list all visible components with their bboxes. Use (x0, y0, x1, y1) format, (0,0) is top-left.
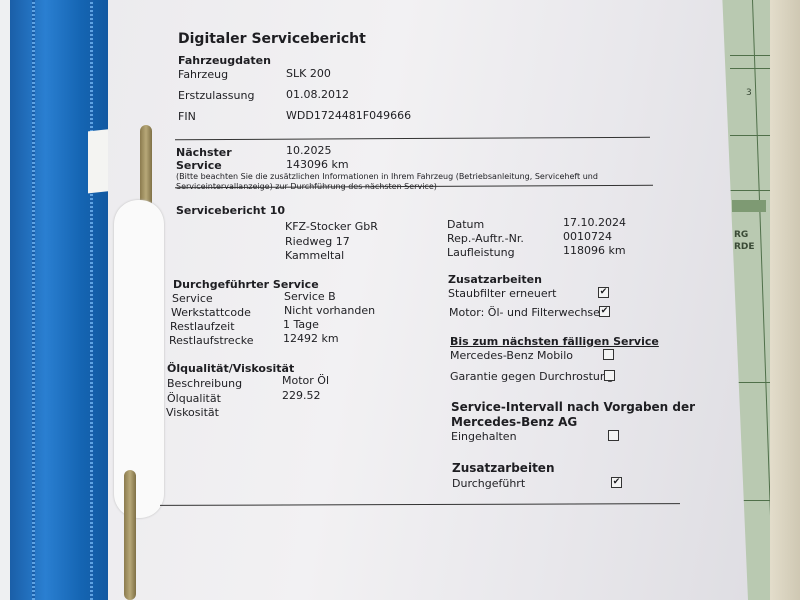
mileage-value: 118096 km (563, 244, 626, 257)
workshop-name: KFZ-Stocker GbR (285, 220, 378, 233)
oil-description-value: Motor Öl (282, 374, 329, 387)
date-value: 17.10.2024 (563, 216, 626, 229)
oil-change-checkbox[interactable]: ✔ (599, 306, 610, 317)
next-service-note: (Bitte beachten Sie die zusätzlichen Inf… (176, 172, 636, 192)
oil-quality-value: 229.52 (282, 389, 321, 402)
vin-label: FIN (178, 110, 196, 123)
next-service-label: Nächster (176, 146, 232, 159)
rust-warranty-checkbox[interactable] (604, 370, 615, 381)
next-service-date: 10.2025 (286, 144, 332, 157)
order-number-label: Rep.-Auftr.-Nr. (447, 232, 524, 245)
dust-filter-checkbox[interactable]: ✔ (598, 287, 609, 298)
mobilo-checkbox[interactable] (603, 349, 614, 360)
complied-label: Eingehalten (451, 430, 517, 443)
mileage-label: Laufleistung (447, 246, 515, 259)
oil-change-label: Motor: Öl- und Filterwechsel (449, 306, 603, 319)
additional-work-heading: Zusatzarbeiten (448, 273, 542, 286)
registration-label: Erstzulassung (178, 89, 254, 102)
service-value: Service B (284, 290, 336, 303)
mobilo-label: Mercedes-Benz Mobilo (450, 349, 573, 362)
order-number-value: 0010724 (563, 230, 612, 243)
service-interval-heading: Service-Intervall nach Vorgaben der (451, 400, 695, 414)
complied-checkbox[interactable] (608, 430, 619, 441)
date-label: Datum (447, 218, 484, 231)
workshop-city: Kammeltal (285, 249, 344, 262)
document-title: Digitaler Servicebericht (178, 31, 366, 47)
performed-label: Durchgeführt (452, 477, 525, 490)
vin-value: WDD1724481F049666 (286, 109, 411, 122)
rust-warranty-label: Garantie gegen Durchrostung (450, 370, 614, 383)
performed-checkbox[interactable]: ✔ (611, 477, 622, 488)
divider (175, 137, 650, 140)
vehicle-heading: Fahrzeugdaten (178, 54, 271, 67)
oil-description-label: Beschreibung (167, 377, 242, 390)
vehicle-value: SLK 200 (286, 67, 331, 80)
remaining-time-value: 1 Tage (283, 318, 319, 331)
service-label: Service (172, 292, 213, 305)
remaining-time-label: Restlaufzeit (170, 320, 235, 333)
additional-work-2-heading: Zusatzarbeiten (452, 461, 554, 475)
service-interval-heading: Mercedes-Benz AG (451, 415, 577, 429)
dust-filter-label: Staubfilter erneuert (448, 287, 557, 300)
next-service-label: Service (176, 159, 222, 172)
until-next-service-heading: Bis zum nächsten fälligen Service (450, 335, 659, 348)
oil-quality-label: Ölqualität (167, 392, 221, 405)
oil-heading: Ölqualität/Viskosität (167, 362, 294, 375)
remaining-distance-value: 12492 km (283, 332, 339, 345)
workshop-code-value: Nicht vorhanden (284, 304, 375, 317)
workshop-street: Riedweg 17 (285, 235, 350, 248)
remaining-distance-label: Restlaufstrecke (169, 334, 254, 347)
workshop-code-label: Werkstattcode (171, 306, 251, 319)
vehicle-label: Fahrzeug (178, 68, 228, 81)
registration-value: 01.08.2012 (286, 88, 349, 101)
viscosity-label: Viskosität (166, 406, 219, 419)
next-service-mileage: 143096 km (286, 158, 349, 171)
divider (160, 503, 680, 506)
report-heading: Servicebericht 10 (176, 204, 285, 217)
service-report: Digitaler Servicebericht Fahrzeugdaten F… (0, 0, 800, 600)
